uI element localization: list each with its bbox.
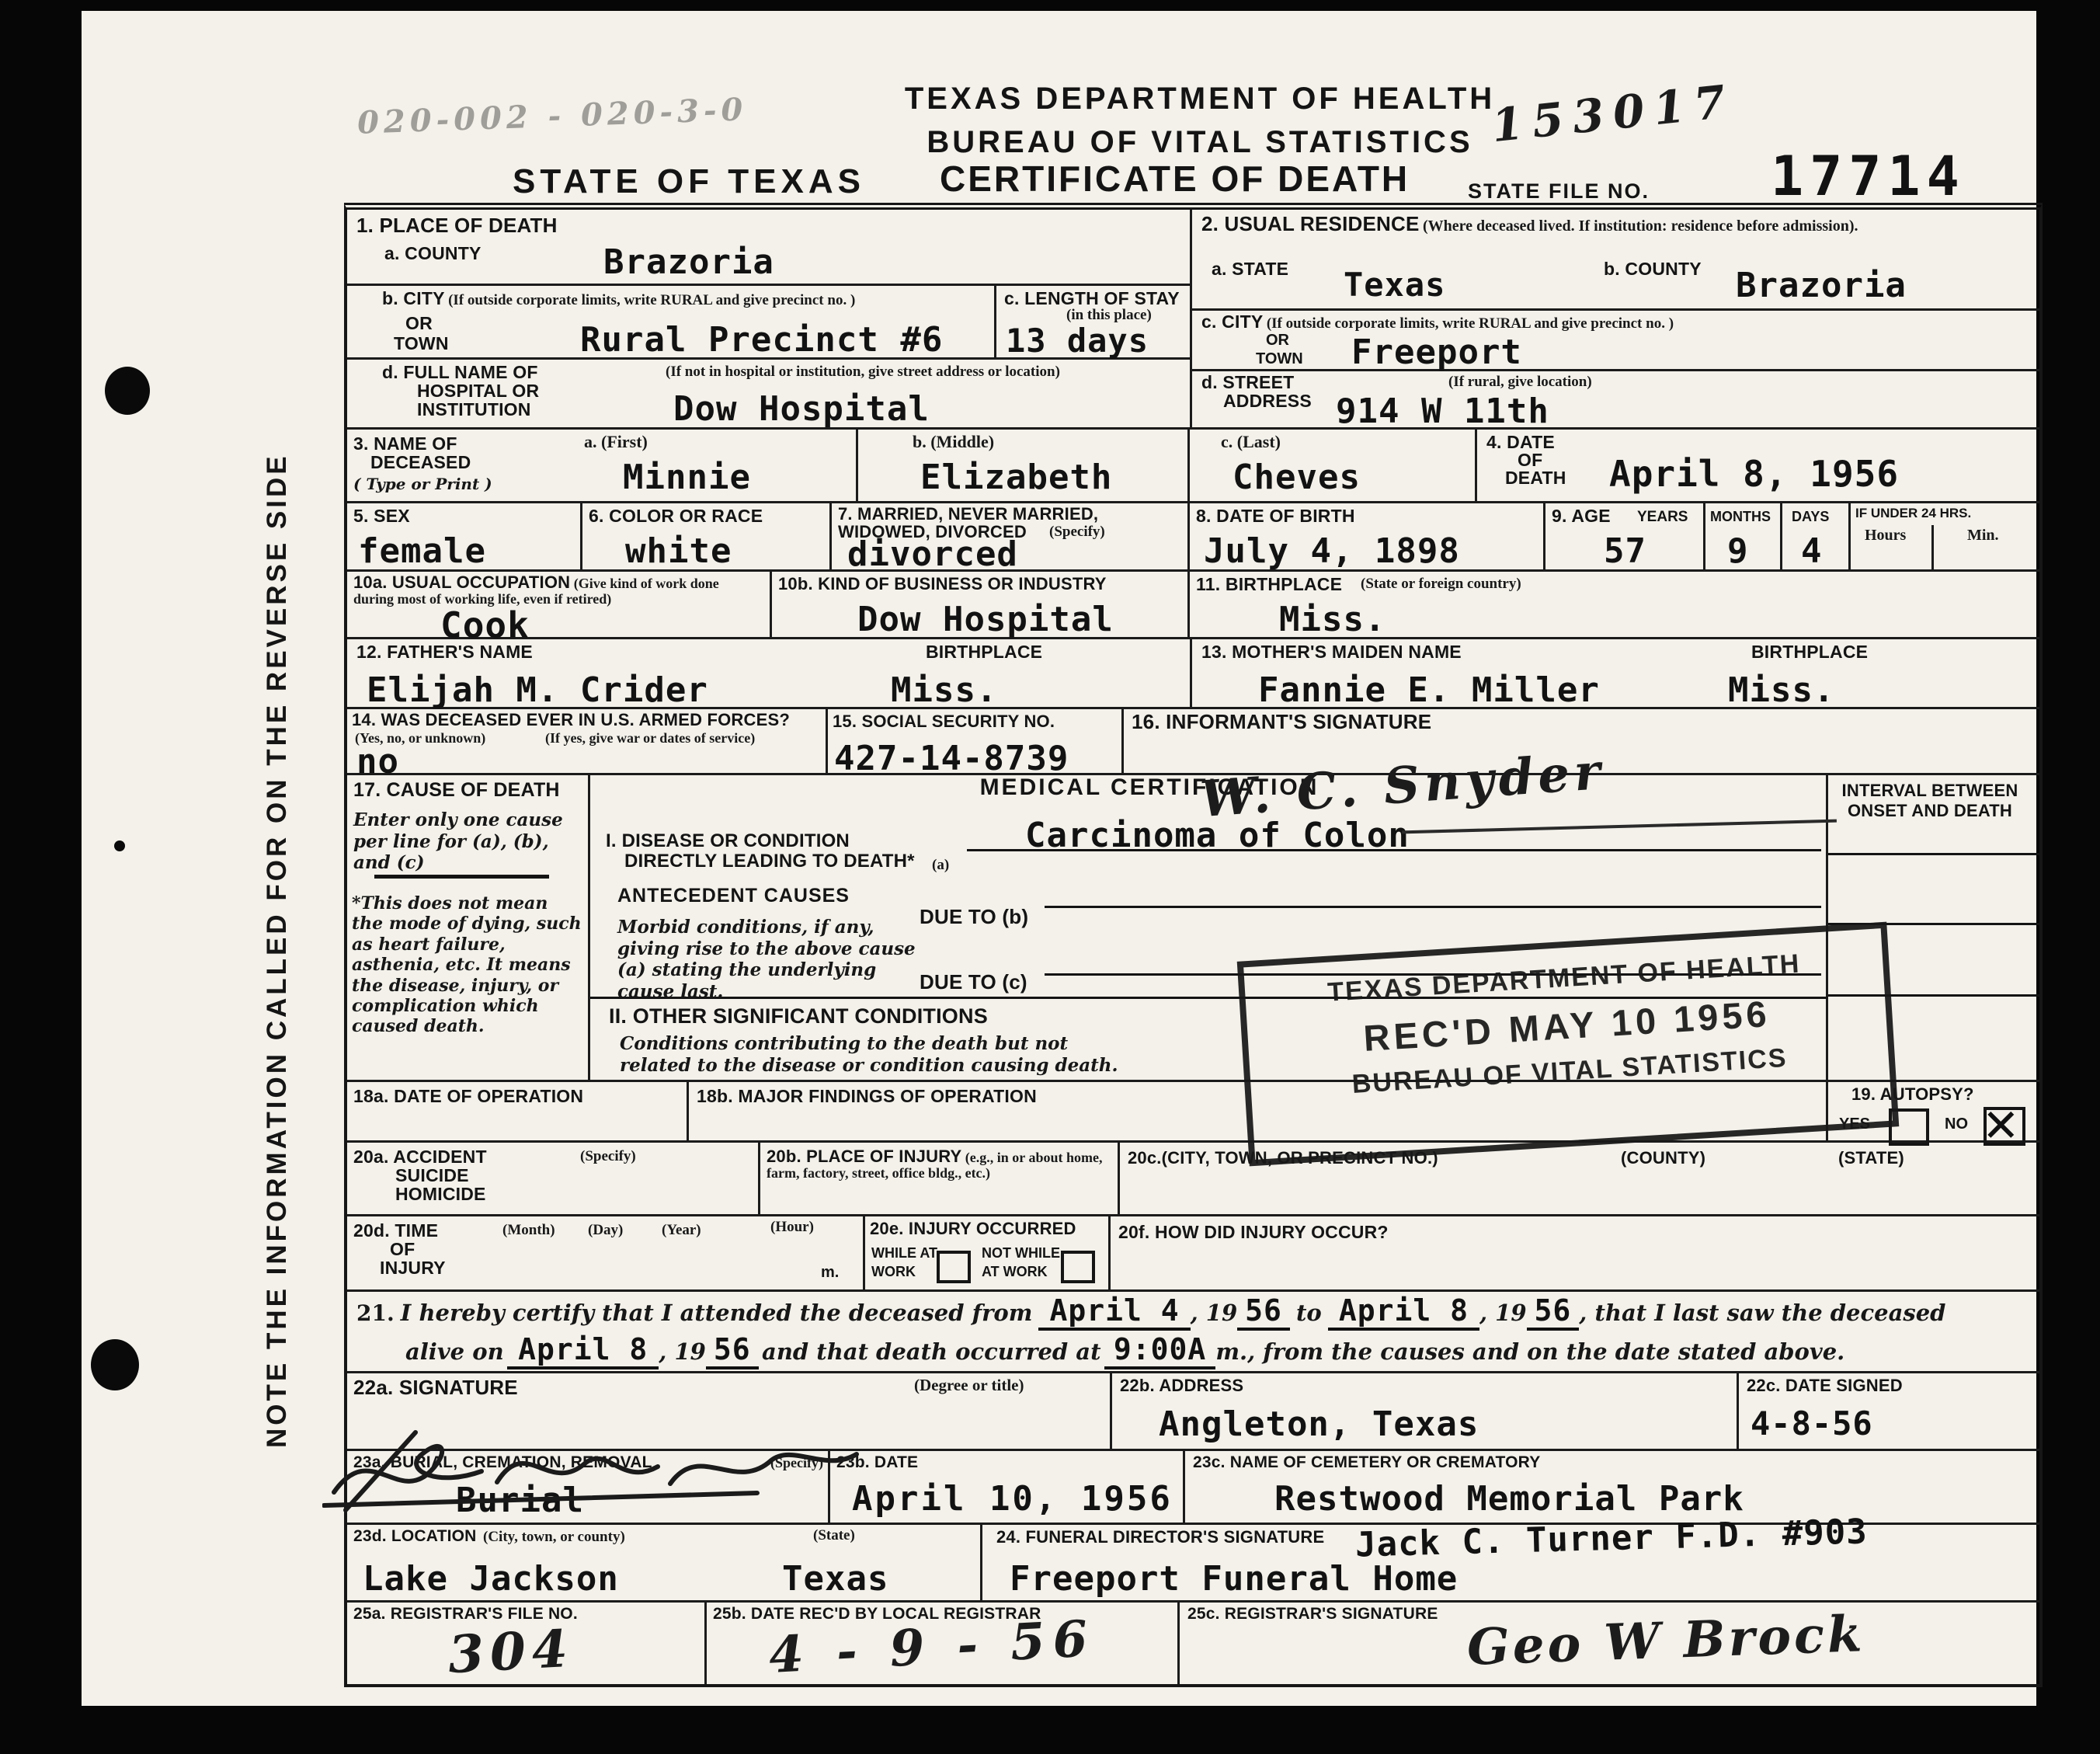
field-9-under-24: IF UNDER 24 HRS. Hours Min.: [1851, 503, 2039, 569]
field-17-note2: *This does not mean the mode of dying, s…: [352, 893, 585, 1037]
field-1c-label: c. LENGTH OF STAY: [1004, 289, 1180, 308]
field-21-num: 21.: [356, 1300, 395, 1326]
due-to-b-line: [1045, 906, 1821, 908]
header-bureau: BUREAU OF VITAL STATISTICS: [889, 126, 1511, 159]
field-23b-value: April 10, 1956: [852, 1479, 1173, 1519]
field-2c-or: OR: [1266, 332, 1289, 349]
field-9-under-label: IF UNDER 24 HRS.: [1855, 506, 1971, 520]
row-accident: 20a. ACCIDENT SUICIDE HOMICIDE (Specify)…: [347, 1143, 2039, 1216]
field-3-title1: 3. NAME OF: [353, 434, 457, 454]
field-23c-value: Restwood Memorial Park: [1274, 1479, 1744, 1519]
field-21-alive-date: April 8: [507, 1332, 659, 1369]
field-9-months: MONTHS 9: [1705, 503, 1782, 569]
section-2-usual-residence: 2. USUAL RESIDENCE (Where deceased lived…: [1192, 210, 2039, 427]
field-20c-state-label: (STATE): [1838, 1149, 1904, 1168]
field-15-value: 427-14-8739: [834, 739, 1069, 778]
field-2d-street: d. STREET ADDRESS (If rural, give locati…: [1192, 371, 2039, 430]
field-1d-note: (If not in hospital or institution, give…: [666, 364, 1163, 381]
row-place-residence: 1. PLACE OF DEATH a. COUNTY Brazoria b. …: [347, 210, 2039, 430]
field-15-ssn: 15. SOCIAL SECURITY NO. 427-14-8739: [828, 709, 1124, 773]
field-21-t4: alive on: [405, 1338, 504, 1365]
field-10b-industry: 10b. KIND OF BUSINESS OR INDUSTRY Dow Ho…: [772, 572, 1190, 637]
autopsy-no-label: NO: [1945, 1116, 1968, 1133]
field-20d-label2: OF: [390, 1240, 415, 1259]
section-2-title: 2. USUAL RESIDENCE: [1201, 212, 1420, 235]
field-1a-value: Brazoria: [603, 242, 774, 282]
field-8-label: 8. DATE OF BIRTH: [1196, 506, 1355, 526]
field-20f-how: 20f. HOW DID INJURY OCCUR?: [1111, 1216, 2039, 1289]
field-20c-county-label: (COUNTY): [1621, 1149, 1705, 1168]
field-2ab: 2. USUAL RESIDENCE (Where deceased lived…: [1192, 210, 2039, 311]
field-20d-day: (Day): [588, 1223, 623, 1239]
field-2d-label2: ADDRESS: [1223, 392, 1312, 411]
field-25b-date-recd: 25b. DATE REC'D BY LOCAL REGISTRAR 4 - 9…: [707, 1603, 1180, 1684]
state-of-texas: STATE OF TEXAS: [513, 163, 865, 200]
field-20d-month: (Month): [502, 1223, 555, 1239]
field-23d-city-value: Lake Jackson: [363, 1559, 619, 1599]
field-10a-label: 10a. USUAL OCCUPATION: [353, 572, 570, 592]
field-25c-registrar-signature: 25c. REGISTRAR'S SIGNATURE Geo W Brock: [1180, 1603, 2039, 1684]
field-21-from-year: 56: [1237, 1293, 1290, 1331]
other-conditions-label: II. OTHER SIGNIFICANT CONDITIONS: [609, 1005, 988, 1028]
field-22a-note: (Degree or title): [914, 1376, 1024, 1394]
registrar-signature: Geo W Brock: [1466, 1605, 1866, 1677]
field-20e-at-work: AT WORK: [982, 1265, 1048, 1279]
field-11-birthplace: 11. BIRTHPLACE (State or foreign country…: [1190, 572, 2039, 637]
field-21-y2: , 19: [1479, 1300, 1527, 1326]
hours-min-divider: [1931, 525, 1934, 569]
field-1b-town: TOWN: [394, 334, 449, 353]
field-23d-label: 23d. LOCATION: [353, 1528, 477, 1546]
field-20a-label2: SUICIDE: [395, 1166, 469, 1185]
field-9-min-label: Min.: [1967, 527, 1999, 544]
field-9-hours-label: Hours: [1865, 527, 1906, 544]
field-7-label1: 7. MARRIED, NEVER MARRIED,: [838, 505, 1098, 524]
field-1c-length-of-stay: c. LENGTH OF STAY (in this place) 13 day…: [996, 286, 1190, 357]
field-21-time: 9:00A: [1104, 1332, 1215, 1369]
field-20a-label3: HOMICIDE: [395, 1185, 486, 1204]
field-3a-first: a. (First) Minnie: [537, 430, 858, 501]
field-18a-operation-date: 18a. DATE OF OPERATION: [347, 1082, 689, 1140]
field-11-value: Miss.: [1279, 600, 1386, 639]
field-20e-work: WORK: [871, 1265, 916, 1279]
field-1d-value: Dow Hospital: [673, 389, 930, 429]
field-22b-address: 22b. ADDRESS Angleton, Texas: [1112, 1373, 1739, 1449]
field-2b-label: b. COUNTY: [1604, 259, 1702, 279]
field-3-type-note: ( Type or Print ): [353, 475, 492, 493]
row-location-director: 23d. LOCATION (City, town, or county) (S…: [347, 1525, 2039, 1603]
field-7-marital: 7. MARRIED, NEVER MARRIED, WIDOWED, DIVO…: [832, 503, 1190, 569]
field-17-rule: [374, 875, 549, 879]
field-23c-cemetery: 23c. NAME OF CEMETERY OR CREMATORY Restw…: [1185, 1451, 2039, 1523]
field-17-label: 17. CAUSE OF DEATH: [353, 780, 560, 801]
field-4-value: April 8, 1956: [1609, 453, 1899, 495]
field-14-label: 14. WAS DECEASED EVER IN U.S. ARMED FORC…: [352, 711, 790, 729]
field-2c-value: Freeport: [1351, 332, 1522, 372]
field-25a-file-no: 25a. REGISTRAR'S FILE NO. 304: [347, 1603, 707, 1684]
due-to-c-label: DUE TO (c): [920, 971, 1027, 993]
field-6-value: white: [625, 531, 732, 571]
field-3-title: 3. NAME OF DECEASED ( Type or Print ): [347, 430, 537, 501]
field-23d-state-value: Texas: [782, 1559, 888, 1599]
field-24-funeral-home: Freeport Funeral Home: [1010, 1559, 1458, 1599]
field-23d-note: (City, town, or county): [483, 1530, 625, 1546]
row-demographics: 5. SEX female 6. COLOR OR RACE white 7. …: [347, 503, 2039, 572]
field-22a-label: 22a. SIGNATURE: [353, 1376, 518, 1398]
field-20d-year: (Year): [662, 1223, 701, 1239]
field-15-label: 15. SOCIAL SECURITY NO.: [833, 712, 1055, 731]
field-8-value: July 4, 1898: [1204, 531, 1460, 571]
certificate-title: CERTIFICATE OF DEATH: [940, 160, 1410, 199]
field-9-days: DAYS 4: [1782, 503, 1851, 569]
field-1b-label: b. CITY: [382, 288, 445, 308]
scan-speck: [114, 840, 125, 851]
disease-label1: I. DISEASE OR CONDITION: [606, 831, 850, 851]
due-to-b-label: DUE TO (b): [920, 906, 1028, 927]
field-20b-place-of-injury: 20b. PLACE OF INJURY (e.g., in or about …: [760, 1143, 1120, 1214]
not-while-at-work-checkbox[interactable]: [1061, 1251, 1095, 1283]
field-3c-value: Cheves: [1233, 458, 1361, 497]
certificate-paper: NOTE THE INFORMATION CALLED FOR ON THE R…: [82, 11, 2036, 1706]
punch-hole-top: [105, 367, 150, 415]
field-7-value: divorced: [847, 534, 1018, 574]
field-17-cause: 17. CAUSE OF DEATH Enter only one cause …: [347, 775, 590, 1080]
row-name: 3. NAME OF DECEASED ( Type or Print ) a.…: [347, 430, 2039, 503]
field-17-note1: Enter only one cause per line for (a), (…: [353, 809, 580, 874]
field-10b-value: Dow Hospital: [857, 600, 1114, 639]
field-13-bp-label: BIRTHPLACE: [1751, 642, 1868, 662]
field-1b-or: OR: [405, 314, 433, 333]
other-conditions-note: Conditions contributing to the death but…: [620, 1033, 1125, 1076]
field-13-bp-value: Miss.: [1728, 670, 1834, 710]
field-21-alive-year: 56: [706, 1332, 759, 1369]
field-1d-label1: d. FULL NAME OF: [382, 363, 538, 382]
field-22b-value: Angleton, Texas: [1159, 1404, 1479, 1444]
field-1b-note: (If outside corporate limits, write RURA…: [448, 292, 855, 308]
field-21-to-date: April 8: [1328, 1293, 1479, 1331]
row-parents: 12. FATHER'S NAME BIRTHPLACE Elijah M. C…: [347, 639, 2039, 709]
header-department: TEXAS DEPARTMENT OF HEALTH: [889, 82, 1511, 116]
field-22c-date-signed: 22c. DATE SIGNED 4-8-56: [1739, 1373, 2039, 1449]
field-20e-while-at: WHILE AT: [871, 1246, 937, 1261]
field-20e-label: 20e. INJURY OCCURRED: [870, 1220, 1076, 1238]
field-12-bp-label: BIRTHPLACE: [926, 642, 1042, 662]
field-20e-injury-occurred: 20e. INJURY OCCURRED WHILE AT WORK NOT W…: [865, 1216, 1111, 1289]
section-1-place-of-death: 1. PLACE OF DEATH a. COUNTY Brazoria b. …: [347, 210, 1192, 427]
field-20d-time-of-injury: 20d. TIME OF INJURY (Month) (Day) (Year)…: [347, 1216, 865, 1289]
field-20a-accident: 20a. ACCIDENT SUICIDE HOMICIDE (Specify): [347, 1143, 760, 1214]
field-1d-label3: INSTITUTION: [417, 400, 531, 419]
section-2-title-note: (Where deceased lived. If institution: r…: [1423, 218, 1858, 235]
field-24-funeral-director: 24. FUNERAL DIRECTOR'S SIGNATURE Jack C.…: [982, 1525, 2039, 1600]
field-9-months-label: MONTHS: [1710, 510, 1771, 524]
field-21-statement: 21. I hereby certify that I attended the…: [347, 1292, 2039, 1371]
field-2c-town: TOWN: [1256, 351, 1303, 367]
field-21-t6: m., from the causes and on the date stat…: [1215, 1338, 1844, 1365]
field-1a-label: a. COUNTY: [384, 244, 481, 263]
field-2a-value: Texas: [1344, 266, 1445, 304]
field-3b-value: Elizabeth: [920, 458, 1112, 497]
punch-hole-bottom: [91, 1339, 139, 1390]
field-12-value: Elijah M. Crider: [367, 670, 708, 710]
field-20a-note: (Specify): [580, 1149, 636, 1165]
field-9-months-value: 9: [1727, 531, 1749, 571]
field-11-label: 11. BIRTHPLACE: [1196, 575, 1342, 594]
handwritten-file-number: 153017: [1489, 75, 1737, 152]
field-22c-value: 4-8-56: [1751, 1404, 1873, 1443]
field-12-father: 12. FATHER'S NAME BIRTHPLACE Elijah M. C…: [347, 639, 1192, 707]
field-2a-label: a. STATE: [1212, 259, 1288, 279]
field-9-days-label: DAYS: [1792, 510, 1829, 524]
field-9-days-value: 4: [1801, 531, 1823, 571]
field-13-value: Fannie E. Miller: [1258, 670, 1600, 710]
field-21-t2: to: [1296, 1300, 1322, 1326]
field-3c-label: c. (Last): [1221, 433, 1281, 451]
field-1b-city: b. CITY (If outside corporate limits, wr…: [347, 286, 996, 357]
field-16-label: 16. INFORMANT'S SIGNATURE: [1132, 711, 1431, 733]
field-20e-not-while: NOT WHILE: [982, 1246, 1060, 1261]
antecedent-label: ANTECEDENT CAUSES: [617, 886, 850, 907]
field-1d-label2: HOSPITAL OR: [417, 381, 539, 401]
field-3a-value: Minnie: [623, 458, 751, 497]
field-25c-label: 25c. REGISTRAR'S SIGNATURE: [1187, 1606, 1438, 1623]
field-10b-label: 10b. KIND OF BUSINESS OR INDUSTRY: [778, 575, 1107, 593]
field-12-bp-value: Miss.: [891, 670, 997, 710]
field-5-value: female: [358, 531, 486, 571]
field-4-label3: DEATH: [1505, 468, 1566, 488]
field-2d-note: (If rural, give location): [1448, 374, 1592, 391]
row-occupation: 10a. USUAL OCCUPATION (Give kind of work…: [347, 572, 2039, 639]
field-1c-value: 13 days: [1006, 322, 1149, 360]
field-8-date-of-birth: 8. DATE OF BIRTH July 4, 1898: [1190, 503, 1545, 569]
field-14-note2: (If yes, give war or dates of service): [545, 731, 755, 746]
field-12-label: 12. FATHER'S NAME: [356, 642, 533, 662]
field-21-y3: , 19: [659, 1338, 706, 1365]
field-4-date-of-death: 4. DATE OF DEATH April 8, 1956: [1477, 430, 2039, 501]
field-23d-location: 23d. LOCATION (City, town, or county) (S…: [347, 1525, 982, 1600]
field-20f-label: 20f. HOW DID INJURY OCCUR?: [1118, 1223, 1389, 1242]
field-5-sex: 5. SEX female: [347, 503, 582, 569]
received-stamp: TEXAS DEPARTMENT OF HEALTH REC'D MAY 10 …: [1237, 922, 1900, 1167]
field-21-to-year: 56: [1527, 1293, 1580, 1331]
field-2d-label1: d. STREET: [1201, 373, 1294, 392]
field-21-y1: , 19: [1191, 1300, 1238, 1326]
field-3b-label: b. (Middle): [913, 433, 994, 451]
field-1d-hospital: d. FULL NAME OF HOSPITAL OR INSTITUTION …: [347, 360, 1190, 430]
pencil-code: 020-002 - 020-3-0: [356, 91, 748, 141]
field-2c-note: (If outside corporate limits, write RURA…: [1267, 315, 1674, 332]
interval-line-1: [1828, 853, 2039, 855]
field-7-note: (Specify): [1049, 524, 1105, 541]
field-1a-county: 1. PLACE OF DEATH a. COUNTY Brazoria: [347, 210, 1190, 286]
field-21-t1: I hereby certify that I attended the dec…: [401, 1300, 1033, 1326]
field-2c-label: c. CITY: [1201, 311, 1263, 332]
field-21-t5: and that death occurred at: [762, 1338, 1100, 1365]
physician-signature-scrawl: [322, 1418, 866, 1519]
field-22b-label: 22b. ADDRESS: [1120, 1376, 1243, 1395]
while-at-work-checkbox[interactable]: [937, 1251, 971, 1283]
field-18b-label: 18b. MAJOR FINDINGS OF OPERATION: [697, 1087, 1037, 1106]
field-22c-label: 22c. DATE SIGNED: [1747, 1376, 1903, 1395]
field-14-armed-forces: 14. WAS DECEASED EVER IN U.S. ARMED FORC…: [347, 709, 828, 773]
interval-label2: ONSET AND DEATH: [1833, 802, 2027, 820]
field-11-note: (State or foreign country): [1361, 576, 1521, 593]
field-3a-label: a. (First): [584, 433, 648, 451]
state-file-no-value: 17714: [1771, 144, 1966, 208]
field-23c-label: 23c. NAME OF CEMETERY OR CREMATORY: [1193, 1454, 1540, 1472]
field-2c-city: c. CITY (If outside corporate limits, wr…: [1192, 311, 2039, 371]
field-18a-label: 18a. DATE OF OPERATION: [353, 1087, 583, 1106]
field-3b-middle: b. (Middle) Elizabeth: [858, 430, 1190, 501]
field-20a-label1: 20a. ACCIDENT: [353, 1147, 487, 1167]
field-23d-state-note: (State): [813, 1528, 855, 1544]
field-9-years-label: YEARS: [1637, 510, 1688, 525]
field-9-years-value: 57: [1604, 531, 1646, 571]
row-registrar: 25a. REGISTRAR'S FILE NO. 304 25b. DATE …: [347, 1603, 2039, 1684]
field-20d-hour: (Hour): [770, 1220, 814, 1236]
scanned-death-certificate: NOTE THE INFORMATION CALLED FOR ON THE R…: [0, 0, 2100, 1754]
field-20d-label3: INJURY: [380, 1258, 446, 1278]
field-21-from-date: April 4: [1038, 1293, 1190, 1331]
disease-a: (a): [932, 858, 949, 874]
state-file-no-label: STATE FILE NO.: [1468, 180, 1650, 203]
field-2b-value: Brazoria: [1736, 266, 1907, 305]
field-23b-date: 23b. DATE April 10, 1956: [830, 1451, 1185, 1523]
field-10a-occupation: 10a. USUAL OCCUPATION (Give kind of work…: [347, 572, 772, 637]
field-3-title2: DECEASED: [370, 453, 471, 472]
field-21-t3: , that I last saw the deceased: [1579, 1300, 1945, 1326]
field-9-label: 9. AGE: [1552, 506, 1611, 526]
field-13-label: 13. MOTHER'S MAIDEN NAME: [1201, 642, 1462, 662]
field-1b-1c: b. CITY (If outside corporate limits, wr…: [347, 286, 1190, 360]
field-20d-label1: 20d. TIME: [353, 1221, 438, 1241]
field-13-mother: 13. MOTHER'S MAIDEN NAME BIRTHPLACE Fann…: [1192, 639, 2039, 707]
field-1b-value: Rural Precinct #6: [580, 320, 943, 360]
field-3c-last: c. (Last) Cheves: [1190, 430, 1477, 501]
section-1-title: 1. PLACE OF DEATH: [356, 214, 558, 236]
field-5-label: 5. SEX: [353, 506, 410, 526]
field-25a-value: 304: [447, 1618, 575, 1685]
field-20b-label: 20b. PLACE OF INJURY: [767, 1147, 961, 1166]
interval-label1: INTERVAL BETWEEN: [1833, 781, 2027, 800]
field-20d-m: m.: [821, 1265, 839, 1281]
field-2d-value: 914 W 11th: [1336, 392, 1549, 431]
field-9-age-years: 9. AGE YEARS 57: [1545, 503, 1705, 569]
reverse-side-note: NOTE THE INFORMATION CALLED FOR ON THE R…: [262, 415, 293, 1448]
field-24-label: 24. FUNERAL DIRECTOR'S SIGNATURE: [996, 1528, 1324, 1547]
row-certify-statement: 21. I hereby certify that I attended the…: [347, 1292, 2039, 1373]
row-forces-ssn-informant: 14. WAS DECEASED EVER IN U.S. ARMED FORC…: [347, 709, 2039, 775]
row-time-of-injury: 20d. TIME OF INJURY (Month) (Day) (Year)…: [347, 1216, 2039, 1292]
antecedent-note: Morbid conditions, if any, giving rise t…: [617, 917, 924, 1002]
disease-label2: DIRECTLY LEADING TO DEATH*: [624, 851, 915, 872]
field-6-label: 6. COLOR OR RACE: [589, 506, 763, 526]
field-6-color-race: 6. COLOR OR RACE white: [582, 503, 832, 569]
